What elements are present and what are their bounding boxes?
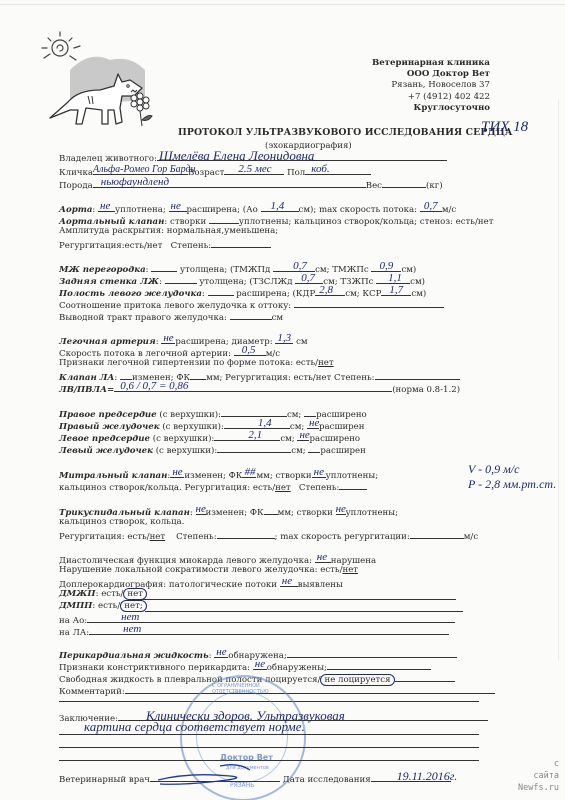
constrictive-line — [327, 660, 431, 670]
lv-pvla-label: ЛВ/ПВЛА= — [59, 385, 114, 395]
esd-field[interactable]: 1,7 — [381, 286, 411, 296]
page-title: ПРОТОКОЛ УЛЬТРАЗВУКОВОГО ИССЛЕДОВАНИЯ СЕ… — [178, 127, 513, 138]
tricuspid-unit: м/с — [464, 532, 478, 542]
date-label: Дата исследования — [283, 775, 371, 785]
clinic-address: Рязань, Новоселов 37 — [372, 80, 490, 91]
on-la-label: на ЛА: — [59, 628, 89, 638]
owner-field[interactable]: Шмелёва Елена Леонидовна — [157, 151, 447, 161]
ao-speed-field[interactable]: 0,7 — [420, 202, 442, 212]
lv-unit: см; — [291, 446, 305, 456]
wolf-logo-icon — [30, 30, 160, 130]
tricuspid-regurg-row: Регургитация: есть/нет Степень:; max ско… — [59, 529, 478, 543]
ivs-s-field[interactable]: 0,9 — [371, 262, 401, 272]
doppler-field[interactable]: не — [280, 577, 298, 587]
pet-name-label: Кличка — [59, 168, 93, 178]
doctor-signature-icon — [150, 758, 260, 788]
tricuspid-regurg-selected[interactable]: нет — [150, 532, 166, 542]
rvot-row: Выводной тракт правого желудочка: см — [59, 310, 283, 324]
vsd-row: ДМЖП: есть/нет — [59, 589, 147, 600]
aortic-valve-field[interactable] — [209, 214, 239, 224]
tricuspid-text2: мм; створки — [278, 508, 333, 518]
tricuspid-fk-field[interactable] — [264, 505, 278, 515]
aorta-dilated-field[interactable]: не — [169, 202, 187, 212]
ivs-field[interactable] — [151, 262, 177, 272]
clinic-hours: Круглосуточно — [372, 103, 490, 114]
sex-field[interactable]: коб. — [305, 165, 371, 175]
ivs-d-field[interactable]: 0,7 — [273, 262, 315, 272]
comment-field[interactable] — [125, 684, 495, 694]
diastolic-field[interactable]: не — [315, 553, 331, 563]
document-page: Ветеринарная клиника ООО Доктор Вет Ряза… — [0, 0, 565, 800]
pa-speed-field[interactable]: 0,5 — [234, 346, 266, 356]
on-la-field[interactable]: нет — [89, 625, 449, 635]
title-handwritten-code: ТИХ 18 — [481, 119, 528, 136]
amplitude-row: Амплитуда раскрытия: нормальная,уменьшен… — [59, 226, 278, 237]
mitral-note-velocity: V - 0,9 м/с — [468, 462, 519, 477]
pulm-diameter-field[interactable]: 1,3 — [275, 334, 293, 344]
date-field[interactable]: 19.11.2016г. — [371, 772, 451, 782]
lv-row: Левый желудочек (с верхушки):см; расшире… — [59, 443, 366, 457]
rvot-label: Выводной тракт правого желудочка: — [59, 313, 227, 323]
mitral-note-pressure: P - 2,8 мм.рт.ст. — [468, 477, 556, 492]
lv-text: (с верхушки): — [156, 446, 218, 456]
tricuspid-row2: кальциноз створок, кольца. — [59, 517, 184, 528]
tricuspid-text: изменен; ФК — [206, 508, 264, 518]
lv-cavity-field[interactable] — [208, 286, 234, 296]
doppler-text: выявлены — [298, 580, 343, 590]
la-dilated-field[interactable]: не — [297, 431, 309, 441]
lvpw-d-field[interactable]: 0,7 — [295, 274, 323, 284]
pericardial-line — [287, 648, 457, 658]
mitral-degree-label: Степень: — [299, 483, 340, 493]
aortic-regurg-label: Регургитация:есть/нет — [59, 241, 162, 251]
watermark-line2: сайта — [518, 770, 559, 782]
tricuspid-text3: уплотнены; — [346, 508, 398, 518]
conclusion-line-4 — [59, 760, 479, 761]
lv-field[interactable] — [217, 443, 291, 453]
clinic-phone: +7 (4912) 402 422 — [372, 92, 490, 103]
rvot-field[interactable] — [230, 310, 272, 320]
tricuspid-changed-field[interactable]: не — [196, 505, 206, 515]
lv-dilated-field[interactable] — [308, 443, 320, 453]
vsd-text: : есть/ — [96, 589, 124, 599]
clinic-info: Ветеринарная клиника ООО Доктор Вет Ряза… — [372, 58, 490, 114]
owner-label: Владелец животного: — [59, 154, 157, 164]
la-field[interactable]: 2,1 — [214, 431, 280, 441]
breed-row: ПороданьюфаундлендВес(кг) — [59, 178, 443, 192]
scan-edge — [0, 4, 565, 5]
lvpw-s-field[interactable]: 1,1 — [376, 274, 410, 284]
pulm-dilated-field[interactable]: не — [161, 334, 175, 344]
ra-dilated-field[interactable] — [304, 407, 316, 417]
conclusion-line-3 — [59, 747, 479, 748]
tricuspid-maxspeed-field[interactable] — [410, 529, 464, 539]
pulm-hypertension-label: Признаки легочной гипертензии по форме п… — [59, 358, 318, 368]
rvot-unit: см — [272, 313, 284, 323]
pet-name-field[interactable]: Альфа-Ромео Гор Барди — [93, 165, 188, 175]
stamp-top-text: С ОГРАНИЧЕННОЙ ОТВЕТСТВЕННОСТЬЮ — [212, 683, 304, 695]
source-watermark: с сайта Newfs.ru — [518, 758, 559, 794]
mitral-line2: кальциноз створок/кольца. Регургитация: … — [59, 483, 275, 493]
mitral-row2: кальциноз створок/кольца. Регургитация: … — [59, 480, 367, 494]
breed-label: Порода — [59, 181, 93, 191]
clinic-type: Ветеринарная клиника — [372, 58, 490, 69]
aortic-degree-field[interactable] — [211, 238, 271, 248]
mitral-fk-field[interactable]: ## — [242, 468, 256, 478]
aorta-thickened-field[interactable]: не — [98, 202, 115, 212]
pulm-hypertension-row: Признаки легочной гипертензии по форме п… — [59, 358, 334, 369]
weight-unit: (кг) — [426, 181, 443, 191]
tricuspid-regurg-label: Регургитация: есть/ — [59, 532, 150, 542]
rv-field[interactable]: 1,4 — [224, 419, 290, 429]
lvpw-field[interactable] — [165, 274, 197, 284]
lv-label: Левый желудочек — [59, 446, 153, 456]
constrictive-field[interactable]: не — [253, 660, 267, 670]
mitral-changed-field[interactable]: не — [170, 468, 184, 478]
clinic-name: ООО Доктор Вет — [372, 69, 490, 80]
weight-field[interactable] — [382, 178, 426, 188]
lv-text2: расширен — [320, 446, 365, 456]
lv-pvla-field[interactable]: 0,6 / 0,7 = 0,86 — [114, 382, 392, 392]
on-la-row: на ЛА:нет — [59, 625, 449, 639]
vsd-line — [140, 599, 456, 600]
local-contract-label: Нарушение локальной сократимости левого … — [59, 565, 342, 575]
pulm-valve-degree-field[interactable] — [375, 370, 460, 380]
tricuspid-maxspeed-label: ; max скорость регургитации: — [275, 532, 410, 542]
pulm-valve-fk-field[interactable] — [190, 370, 206, 380]
pericardial-field[interactable]: не — [214, 648, 228, 658]
pleural-line — [395, 672, 455, 682]
lv-pvla-norm: (норма 0.8-1.2) — [392, 385, 460, 395]
asd-text: : есть/ — [92, 601, 120, 611]
tricuspid-leaflets-field[interactable]: не — [336, 505, 346, 515]
aortic-degree-label: Степень: — [171, 241, 212, 251]
ra-field[interactable] — [221, 407, 287, 417]
watermark-line1: с — [518, 758, 559, 770]
conclusion-text-2: картина сердца соответствует норме. — [84, 719, 305, 735]
asd-line — [145, 611, 463, 612]
pulm-valve-changed-field[interactable] — [120, 370, 132, 380]
edd-field[interactable]: 2,8 — [315, 286, 345, 296]
scan-edge-right — [558, 100, 559, 660]
breed-field[interactable]: ньюфаундленд — [93, 178, 366, 188]
on-ao-field[interactable]: нет — [87, 613, 455, 623]
ao-diameter-field[interactable]: 1,4 — [261, 202, 299, 212]
aortic-regurg-row: Регургитация:есть/нет Степень: — [59, 238, 271, 252]
age-field[interactable]: 2.5 мес — [224, 165, 284, 175]
lv-pvla-row: ЛВ/ПВЛА=0,6 / 0,7 = 0,86(норма 0.8-1.2) — [59, 382, 460, 396]
lv-inflow-field[interactable] — [294, 298, 444, 308]
mitral-leaflets-field[interactable]: не — [312, 468, 326, 478]
local-contract-row: Нарушение локальной сократимости левого … — [59, 565, 358, 576]
pulm-artery-unit: см — [296, 337, 308, 347]
sex-label: Пол — [287, 168, 305, 178]
doctor-label: Ветеринарный врач — [59, 775, 150, 785]
vsd-label: ДМЖП — [59, 589, 96, 599]
local-contract-selected[interactable]: нет — [342, 565, 358, 575]
weight-label: Вес — [366, 181, 382, 191]
watermark-line3: Newfs.ru — [518, 782, 559, 794]
asd-label: ДМПП — [59, 601, 92, 611]
rv-dilated-field[interactable]: не — [307, 419, 319, 429]
comment-label: Комментарий: — [59, 687, 125, 697]
mitral-regurg-selected[interactable]: нет — [275, 483, 291, 493]
tricuspid-degree-label: Степень: — [176, 532, 217, 542]
tricuspid-degree-field[interactable] — [217, 529, 275, 539]
pulm-hypertension-selected[interactable]: нет — [318, 358, 334, 368]
mitral-degree-field[interactable] — [339, 480, 367, 490]
